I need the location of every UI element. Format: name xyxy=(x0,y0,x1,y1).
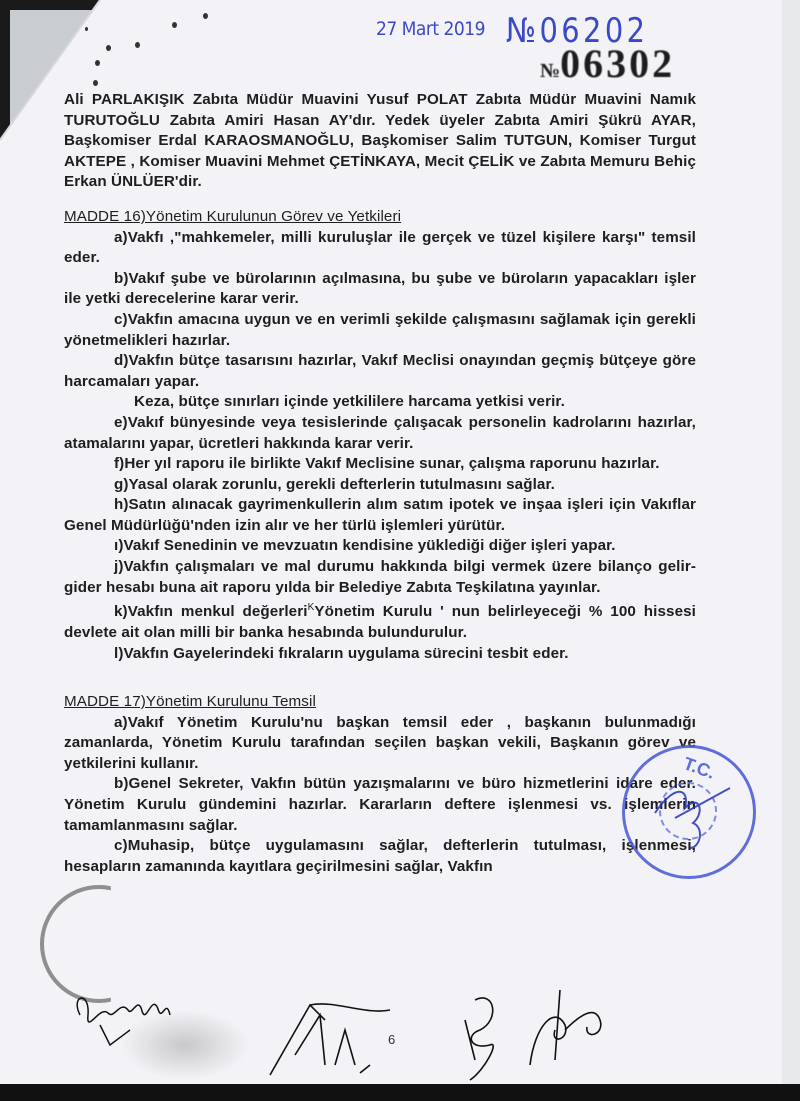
signature-4-icon xyxy=(525,985,615,1075)
article-17-heading: MADDE 17)Yönetim Kurulunu Temsil xyxy=(64,692,696,713)
article-16-item-d: d)Vakfın bütçe tasarısını hazırlar, Vakı… xyxy=(64,351,696,392)
article-16-item-h: h)Satın alınacak gayrimenkullerin alım s… xyxy=(64,495,696,536)
item-k-part1: k)Vakfın menkul değerleri xyxy=(114,603,308,620)
document-page: 27 Mart 2019 №06202 №06302 Ali PARLAKIŞI… xyxy=(0,0,782,1084)
article-16-heading: MADDE 16)Yönetim Kurulunun Görev ve Yetk… xyxy=(64,207,696,228)
signature-1-icon xyxy=(70,985,180,1055)
article-16-item-e: e)Vakıf bünyesinde veya tesislerinde çal… xyxy=(64,413,696,454)
received-date-stamp: 27 Mart 2019 xyxy=(376,18,485,40)
article-17-item-a: a)Vakıf Yönetim Kurulu'nu başkan temsil … xyxy=(64,713,696,775)
article-16-item-i: ı)Vakıf Senedinin ve mevzuatın kendisine… xyxy=(64,536,696,557)
article-16-item-b: b)Vakıf şube ve bürolarının açılmasına, … xyxy=(64,269,696,310)
article-16-item-k: k)Vakfın menkul değerleriKYönetim Kurulu… xyxy=(64,598,696,643)
number-sign: № xyxy=(540,60,560,82)
article-16-item-l: l)Vakfın Gayelerindeki fıkraların uygula… xyxy=(64,644,696,665)
registry-number-black: №06302 xyxy=(540,40,675,87)
intro-paragraph: Ali PARLAKIŞIK Zabıta Müdür Muavini Yusu… xyxy=(64,90,696,193)
article-17-item-c: c)Muhasip, bütçe uygulamasını sağlar, de… xyxy=(64,836,696,877)
number-sign: № xyxy=(506,11,539,51)
article-16-item-g: g)Yasal olarak zorunlu, gerekli defterle… xyxy=(64,475,696,496)
article-16-item-d-note: Keza, bütçe sınırları içinde yetkililere… xyxy=(64,392,696,413)
signature-3-icon xyxy=(455,990,515,1085)
article-17-item-b: b)Genel Sekreter, Vakfın bütün yazışmala… xyxy=(64,774,696,836)
signature-2-icon xyxy=(265,995,395,1080)
document-text: Ali PARLAKIŞIK Zabıta Müdür Muavini Yusu… xyxy=(64,90,696,877)
scan-bottom-edge xyxy=(0,1084,800,1101)
scanner-edge xyxy=(782,0,800,1085)
article-16-item-f: f)Her yıl raporu ile birlikte Vakıf Mecl… xyxy=(64,454,696,475)
registry-number-black-value: 06302 xyxy=(560,41,675,86)
official-seal: T.C. xyxy=(622,745,756,879)
article-16-item-a: a)Vakfı ,"mahkemeler, milli kuruluşlar i… xyxy=(64,228,696,269)
seal-signature xyxy=(645,768,735,858)
page-number: 6 xyxy=(388,1032,395,1047)
article-16-item-j: j)Vakfın çalışmaları ve mal durumu hakkı… xyxy=(64,557,696,598)
article-16-item-c: c)Vakfın amacına uygun ve en verimli şek… xyxy=(64,310,696,351)
